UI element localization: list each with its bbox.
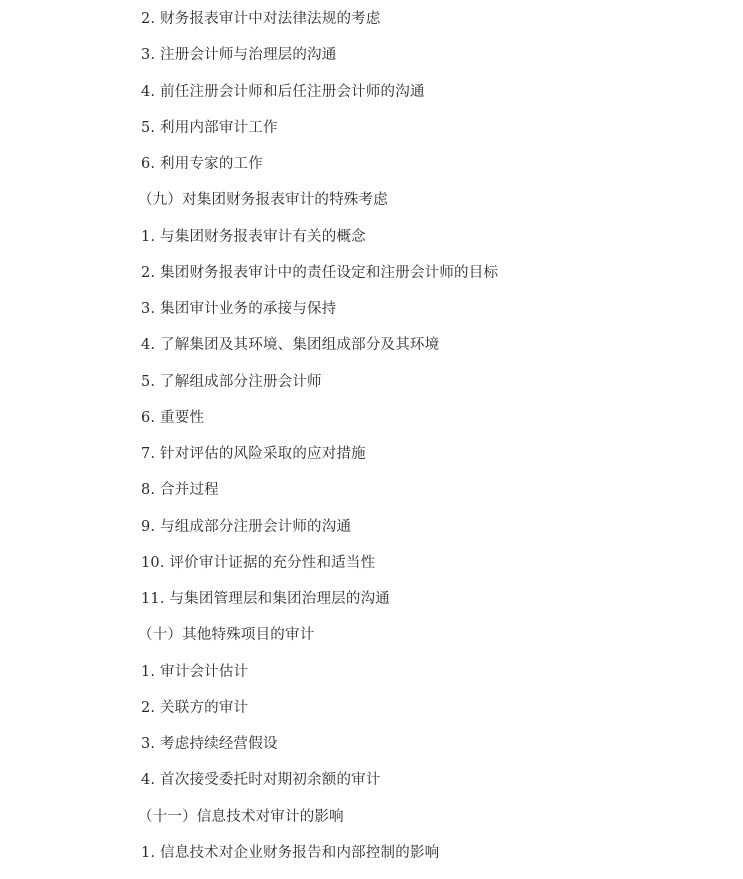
- list-item: 7. 针对评估的风险采取的应对措施: [141, 443, 366, 465]
- list-item: 3. 注册会计师与治理层的沟通: [141, 44, 336, 66]
- list-item: 1. 与集团财务报表审计有关的概念: [141, 226, 366, 248]
- list-item: 3. 集团审计业务的承接与保持: [141, 298, 336, 320]
- section-heading: （九）对集团财务报表审计的特殊考虑: [138, 189, 388, 211]
- list-item: 2. 关联方的审计: [141, 697, 248, 719]
- list-item: 1. 审计会计估计: [141, 661, 248, 683]
- section-heading: （十一）信息技术对审计的影响: [138, 806, 344, 828]
- list-item: 1. 信息技术对企业财务报告和内部控制的影响: [141, 842, 439, 864]
- list-item: 8. 合并过程: [141, 479, 219, 501]
- list-item: 11. 与集团管理层和集团治理层的沟通: [141, 588, 390, 610]
- list-item: 5. 了解组成部分注册会计师: [141, 371, 322, 393]
- list-item: 5. 利用内部审计工作: [141, 117, 278, 139]
- section-heading: （十）其他特殊项目的审计: [138, 624, 314, 646]
- list-item: 2. 财务报表审计中对法律法规的考虑: [141, 8, 381, 30]
- list-item: 4. 前任注册会计师和后任注册会计师的沟通: [141, 81, 425, 103]
- list-item: 2. 集团财务报表审计中的责任设定和注册会计师的目标: [141, 262, 498, 284]
- list-item: 4. 了解集团及其环境、集团组成部分及其环境: [141, 334, 439, 356]
- list-item: 4. 首次接受委托时对期初余额的审计: [141, 769, 381, 791]
- list-item: 6. 重要性: [141, 407, 204, 429]
- list-item: 10. 评价审计证据的充分性和适当性: [141, 552, 375, 574]
- list-item: 6. 利用专家的工作: [141, 153, 263, 175]
- list-item: 9. 与组成部分注册会计师的沟通: [141, 516, 351, 538]
- list-item: 3. 考虑持续经营假设: [141, 733, 278, 755]
